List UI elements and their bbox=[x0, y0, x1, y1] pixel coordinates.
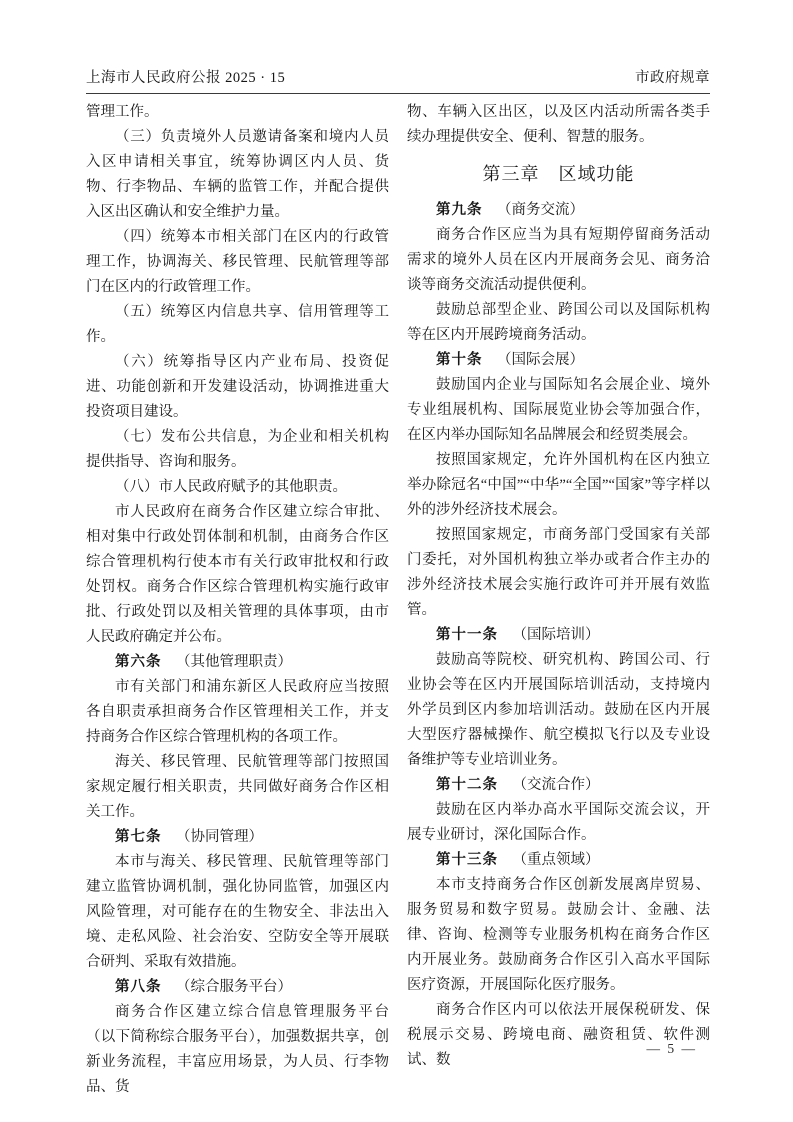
page-footer: — 5 — bbox=[625, 1025, 697, 1073]
body-paragraph: 本市与海关、移民管理、民航管理等部门建立监管协调机制，强化协同监管，加强区内风险… bbox=[86, 850, 389, 975]
article-number: 第十三条 bbox=[436, 852, 498, 868]
article-heading: 第十条（国际会展） bbox=[407, 348, 710, 373]
article-number: 第八条 bbox=[115, 979, 162, 995]
body-paragraph: 商务合作区应当为具有短期停留商务活动需求的境外人员在区内开展商务会见、商务洽谈等… bbox=[407, 223, 710, 298]
article-heading: 第九条（商务交流） bbox=[407, 198, 710, 223]
article-heading: 第八条（综合服务平台） bbox=[86, 975, 389, 1000]
body-paragraph: （八）市人民政府赋予的其他职责。 bbox=[86, 475, 389, 500]
body-paragraph: 物、车辆入区出区，以及区内活动所需各类手续办理提供安全、便利、智慧的服务。 bbox=[407, 100, 710, 150]
body-paragraph: （三）负责境外人员邀请备案和境内人员入区申请相关事宜，统筹协调区内人员、货物、行… bbox=[86, 125, 389, 225]
body-paragraph: 管理工作。 bbox=[86, 100, 389, 125]
body-paragraph: 鼓励高等院校、研究机构、跨国公司、行业协会等在区内开展国际培训活动，支持境内外学… bbox=[407, 648, 710, 773]
article-title: （国际培训） bbox=[513, 627, 600, 643]
article-heading: 第七条（协同管理） bbox=[86, 825, 389, 850]
header-section-label: 市政府规章 bbox=[635, 66, 710, 87]
article-number: 第六条 bbox=[115, 654, 162, 670]
article-heading: 第十二条（交流合作） bbox=[407, 773, 710, 798]
article-number: 第九条 bbox=[436, 202, 483, 218]
body-paragraph: （七）发布公共信息，为企业和相关机构提供指导、咨询和服务。 bbox=[86, 425, 389, 475]
article-title: （其他管理职责） bbox=[176, 654, 292, 670]
article-title: （协同管理） bbox=[176, 829, 263, 845]
article-number: 第十二条 bbox=[436, 777, 498, 793]
article-heading: 第十三条（重点领域） bbox=[407, 848, 710, 873]
body-paragraph: 鼓励在区内举办高水平国际交流会议，开展专业研讨，深化国际合作。 bbox=[407, 798, 710, 848]
body-paragraph: 鼓励国内企业与国际知名会展企业、境外专业组展机构、国际展览业协会等加强合作，在区… bbox=[407, 373, 710, 448]
body-paragraph: 市有关部门和浦东新区人民政府应当按照各自职责承担商务合作区管理相关工作，并支持商… bbox=[86, 675, 389, 750]
body-paragraph: 海关、移民管理、民航管理等部门按照国家规定履行相关职责，共同做好商务合作区相关工… bbox=[86, 750, 389, 825]
left-column: 管理工作。（三）负责境外人员邀请备案和境内人员入区申请相关事宜，统筹协调区内人员… bbox=[86, 100, 389, 1100]
article-title: （商务交流） bbox=[497, 202, 584, 218]
body-paragraph: 商务合作区建立综合信息管理服务平台（以下简称综合服务平台），加强数据共享，创新业… bbox=[86, 1000, 389, 1100]
article-title: （国际会展） bbox=[497, 352, 584, 368]
body-paragraph: 按照国家规定，允许外国机构在区内独立举办除冠名“中国”“中华”“全国”“国家”等… bbox=[407, 448, 710, 523]
body-paragraph: 按照国家规定，市商务部门受国家有关部门委托，对外国机构独立举办或者合作主办的涉外… bbox=[407, 523, 710, 623]
right-column: 物、车辆入区出区，以及区内活动所需各类手续办理提供安全、便利、智慧的服务。第三章… bbox=[407, 100, 710, 1100]
body-paragraph: （五）统筹区内信息共享、信用管理等工作。 bbox=[86, 300, 389, 350]
article-heading: 第六条（其他管理职责） bbox=[86, 650, 389, 675]
article-heading: 第十一条（国际培训） bbox=[407, 623, 710, 648]
article-number: 第十条 bbox=[436, 352, 483, 368]
chapter-heading: 第三章 区域功能 bbox=[407, 161, 710, 187]
document-body: 管理工作。（三）负责境外人员邀请备案和境内人员入区申请相关事宜，统筹协调区内人员… bbox=[86, 100, 710, 1100]
article-title: （交流合作） bbox=[513, 777, 600, 793]
article-title: （重点领域） bbox=[513, 852, 600, 868]
body-paragraph: （四）统筹本市相关部门在区内的行政管理工作，协调海关、移民管理、民航管理等部门在… bbox=[86, 225, 389, 300]
body-paragraph: （六）统筹指导区内产业布局、投资促进、功能创新和开发建设活动，协调推进重大投资项… bbox=[86, 350, 389, 425]
header-publication-title: 上海市人民政府公报 2025 · 15 bbox=[86, 66, 285, 87]
page-header: 上海市人民政府公报 2025 · 15 市政府规章 bbox=[86, 66, 710, 87]
body-paragraph: 市人民政府在商务合作区建立综合审批、相对集中行政处罚体制和机制，由商务合作区综合… bbox=[86, 500, 389, 650]
body-paragraph: 鼓励总部型企业、跨国公司以及国际机构等在区内开展跨境商务活动。 bbox=[407, 298, 710, 348]
body-paragraph: 本市支持商务合作区创新发展离岸贸易、服务贸易和数字贸易。鼓励会计、金融、法律、咨… bbox=[407, 873, 710, 998]
header-divider bbox=[86, 93, 710, 94]
article-number: 第七条 bbox=[115, 829, 162, 845]
page-number: — 5 — bbox=[647, 1041, 698, 1056]
article-number: 第十一条 bbox=[436, 627, 498, 643]
article-title: （综合服务平台） bbox=[176, 979, 292, 995]
gazette-page: 上海市人民政府公报 2025 · 15 市政府规章 管理工作。（三）负责境外人员… bbox=[0, 0, 793, 1122]
